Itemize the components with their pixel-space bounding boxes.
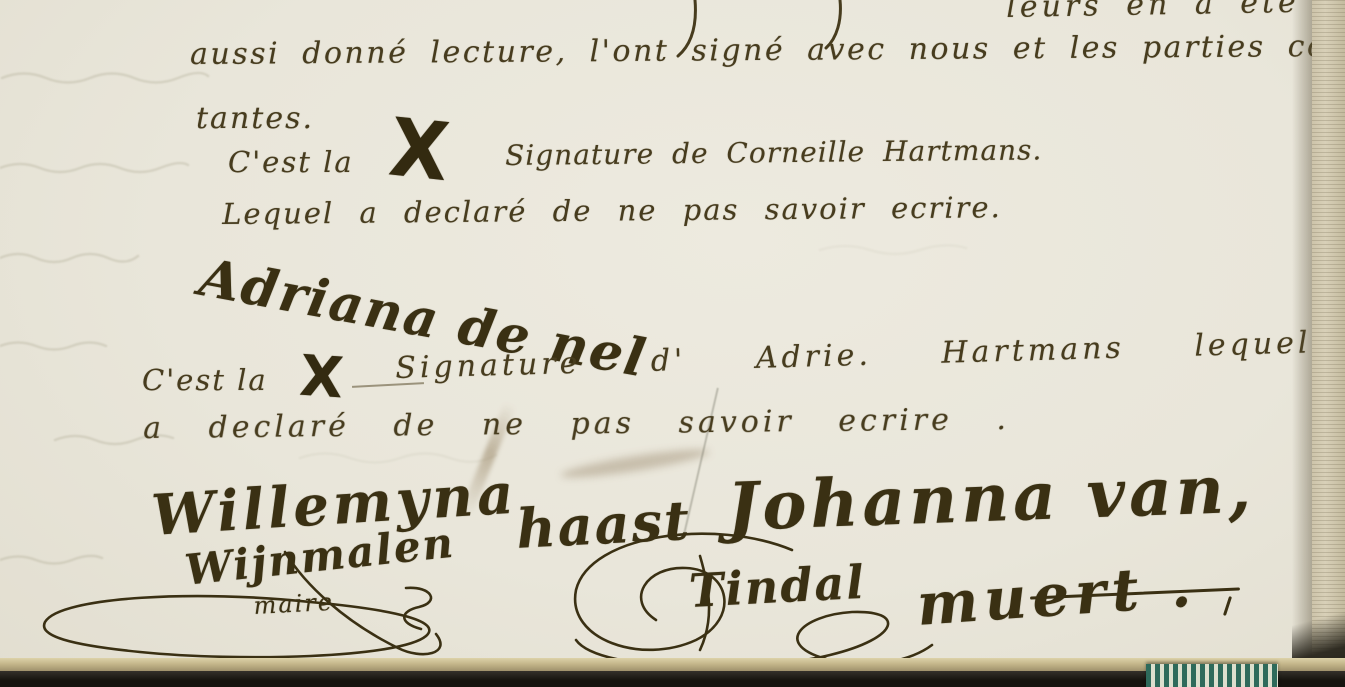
tindal-paraph-flourish — [0, 0, 1345, 687]
register-page-scan: leurs en a été aussi donné lecture, l'on… — [0, 0, 1345, 687]
bottom-dark-band — [0, 671, 1345, 687]
page-stack-edge — [1312, 0, 1345, 687]
page-edge-shadow — [1292, 0, 1314, 687]
binding-tape-stripes — [1146, 664, 1278, 687]
